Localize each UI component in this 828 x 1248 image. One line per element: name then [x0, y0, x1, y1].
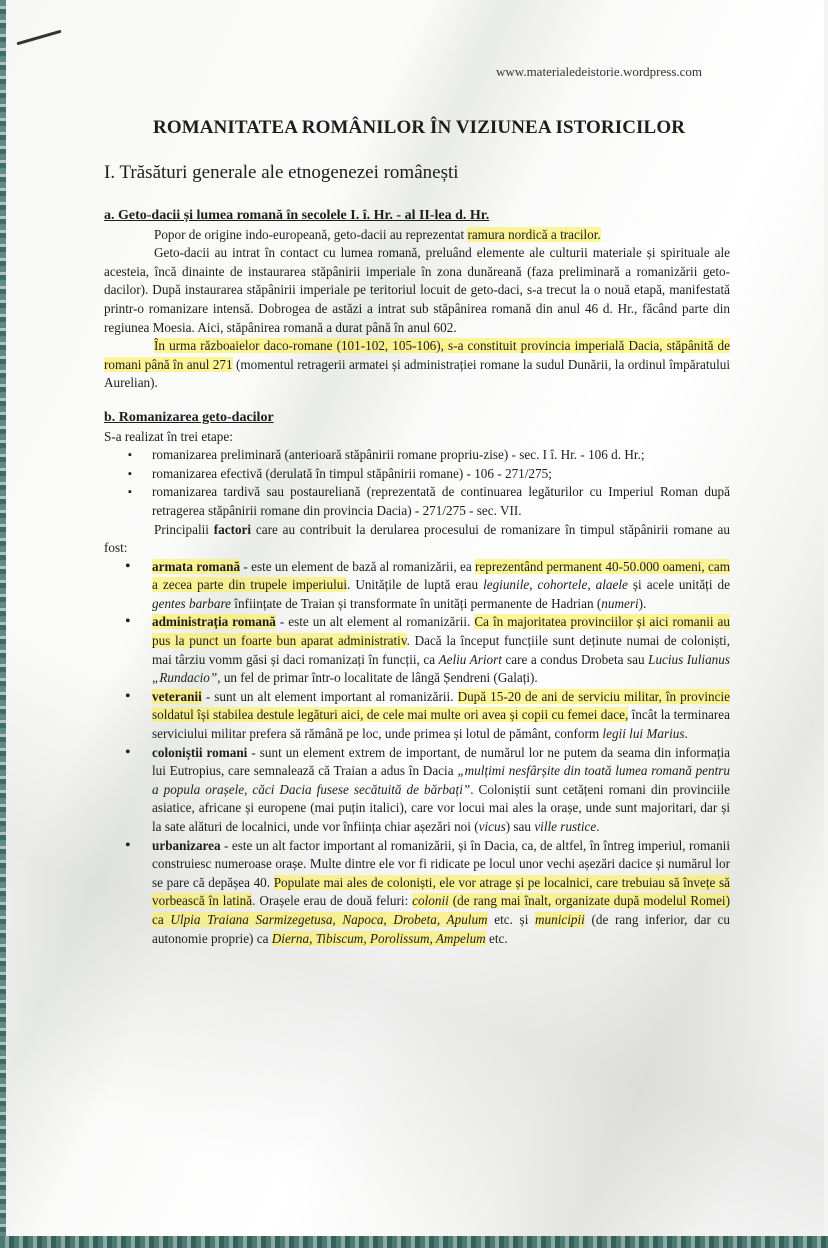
italic-text: Ulpia Traiana Sarmizegetusa, Napoca, Dro…	[170, 912, 487, 927]
section-title: I. Trăsături generale ale etnogenezei ro…	[104, 162, 459, 184]
italic-text: colonii	[412, 893, 449, 908]
text: - este un alt element al romanizării.	[276, 614, 474, 629]
term: coloniștii romani	[152, 745, 247, 760]
list-item-urbanization: urbanizarea - este un alt factor importa…	[152, 837, 730, 949]
paragraph: Geto-dacii au intrat în contact cu lumea…	[104, 244, 730, 337]
list-item-admin: administrația romană - este un alt eleme…	[152, 613, 730, 687]
italic-text: ville rustice	[534, 819, 596, 834]
term: administrația romană	[152, 614, 276, 629]
list-item: romanizarea preliminară (anterioară stăp…	[152, 446, 730, 465]
italic-text: Dierna, Tibiscum, Porolissum, Ampelum	[272, 931, 486, 946]
factors-list: armata romană - este un element de bază …	[104, 558, 730, 948]
text: .	[684, 726, 687, 741]
list-item: romanizarea tardivă sau postaureliană (r…	[152, 483, 730, 520]
paragraph: Principalii factori care au contribuit l…	[104, 521, 730, 558]
text: Popor de origine indo-europeană, geto-da…	[154, 227, 467, 242]
text: etc.	[486, 931, 508, 946]
italic-text: Aeliu Ariort	[439, 652, 502, 667]
source-url: www.materialedeistorie.wordpress.com	[496, 64, 702, 80]
paragraph: Popor de origine indo-europeană, geto-da…	[104, 226, 730, 245]
italic-text: legiunile, cohortele, alaele	[483, 577, 628, 592]
text: Principalii	[154, 522, 214, 537]
photo-background-edge-bottom	[0, 1236, 828, 1248]
text: ).	[639, 596, 647, 611]
list-item-veterans: veteranii - sunt un alt element importan…	[152, 688, 730, 744]
text: înființate de Traian și transformate în …	[231, 596, 601, 611]
text: .	[596, 819, 599, 834]
italic-text: numeri	[601, 596, 638, 611]
italic-text: vicus	[479, 819, 506, 834]
paragraph: În urma războaielor daco-romane (101-102…	[104, 337, 730, 393]
text: și acele unități de	[628, 577, 730, 592]
bold-text: factori	[214, 522, 251, 537]
document-body: a. Geto-dacii și lumea romană în secolel…	[104, 207, 730, 948]
term: armata romană	[152, 559, 240, 574]
text: . Orașele erau de două feluri:	[252, 893, 412, 908]
term: veteranii	[152, 689, 202, 704]
text: , un fel de primar într-o localitate de …	[217, 670, 538, 685]
text: - este un element de bază al romanizării…	[240, 559, 475, 574]
list-item: romanizarea efectivă (derulată în timpul…	[152, 465, 730, 484]
text: ) sau	[506, 819, 535, 834]
document-title: ROMANITATEA ROMÂNILOR ÎN VIZIUNEA ISTORI…	[153, 117, 685, 139]
subsection-heading-b: b. Romanizarea geto-dacilor	[104, 409, 730, 428]
text: care a condus Drobeta sau	[502, 652, 648, 667]
italic-text: municipii	[535, 912, 585, 927]
subsection-heading-a: a. Geto-dacii și lumea romană în secolel…	[104, 207, 730, 226]
list-item-colonists: coloniștii romani - sunt un element extr…	[152, 744, 730, 837]
text: etc. și	[488, 912, 535, 927]
italic-text: gentes barbare	[152, 596, 231, 611]
paragraph: S-a realizat în trei etape:	[104, 428, 730, 447]
term: urbanizarea	[152, 838, 221, 853]
italic-text: legii lui Marius	[602, 726, 684, 741]
text: . Unitățile de luptă erau	[347, 577, 483, 592]
highlighted-text: ramura nordică a tracilor.	[467, 227, 600, 242]
stages-list: romanizarea preliminară (anterioară stăp…	[104, 446, 730, 520]
text: - sunt un alt element important al roman…	[202, 689, 458, 704]
list-item-army: armata romană - este un element de bază …	[152, 558, 730, 614]
